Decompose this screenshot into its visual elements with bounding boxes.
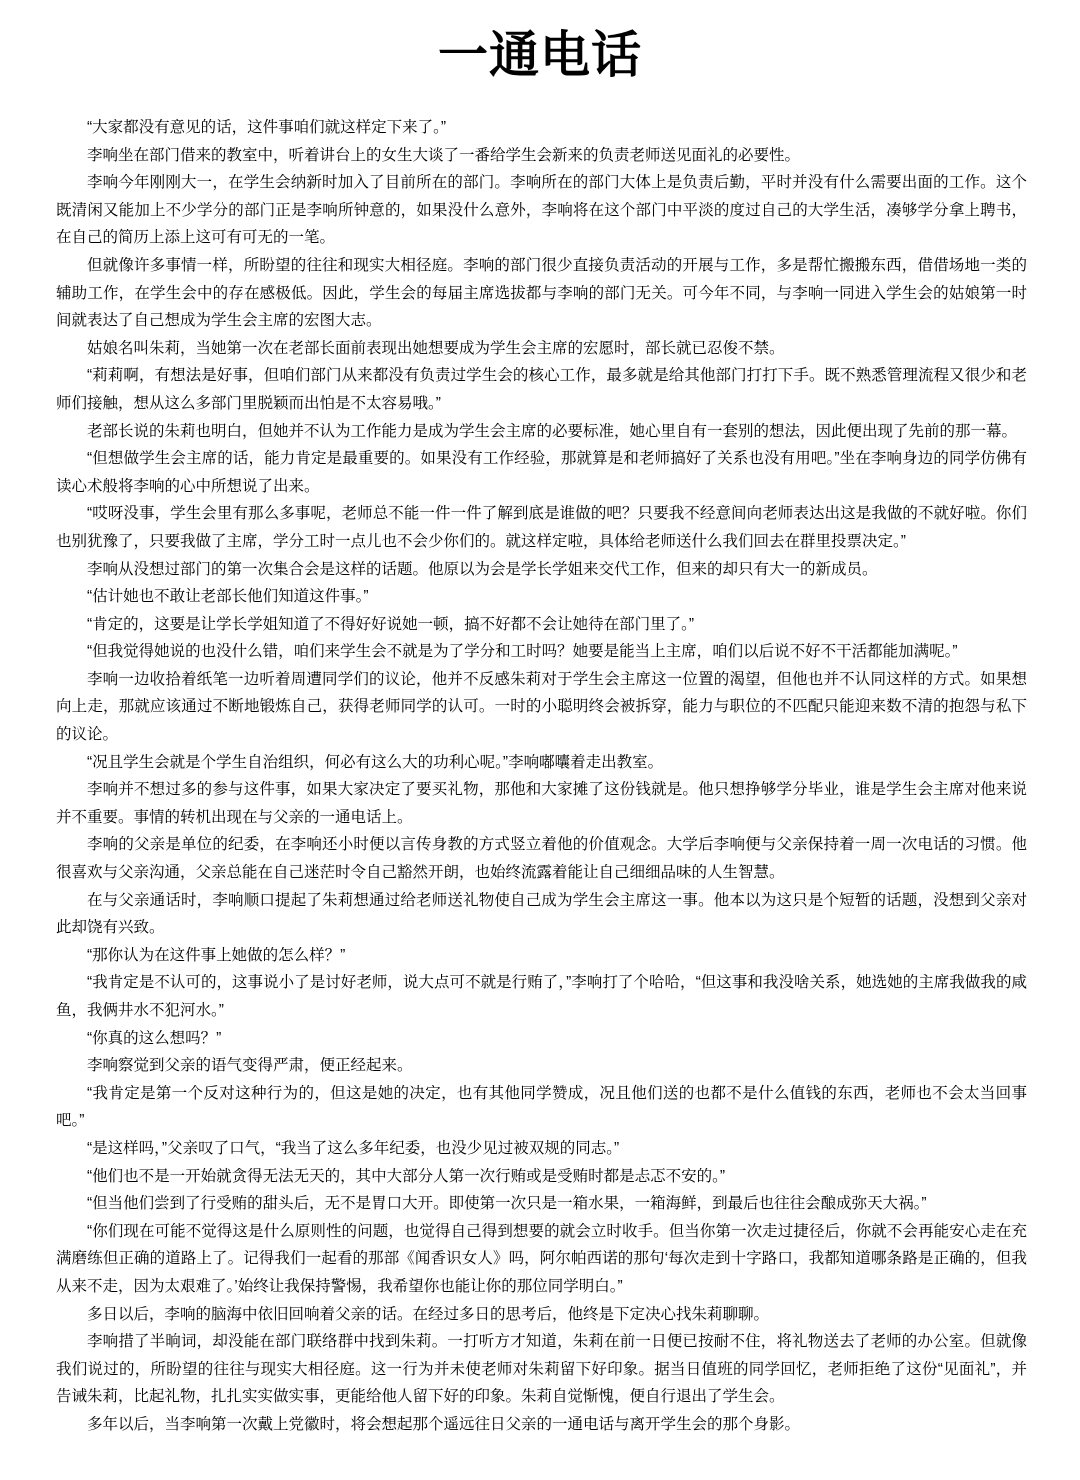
paragraph: “是这样吗，”父亲叹了口气，“我当了这么多年纪委，也没少见过被双规的同志。” [56,1135,1027,1163]
paragraph: “肯定的，这要是让学长学姐知道了不得好好说她一顿，搞不好都不会让她待在部门里了。… [56,611,1027,639]
paragraph: 李响措了半晌词，却没能在部门联络群中找到朱莉。一打听方才知道，朱莉在前一日便已按… [56,1328,1027,1411]
paragraph: “大家都没有意见的话，这件事咱们就这样定下来了。” [56,114,1027,142]
paragraph: “你真的这么想吗？” [56,1025,1027,1053]
paragraph: “估计她也不敢让老部长他们知道这件事。” [56,583,1027,611]
paragraph: 老部长说的朱莉也明白，但她并不认为工作能力是成为学生会主席的必要标准，她心里自有… [56,418,1027,446]
paragraph: 李响一边收拾着纸笔一边听着周遭同学们的议论，他并不反感朱莉对于学生会主席这一位置… [56,666,1027,749]
page-title: 一通电话 [0,0,1080,84]
paragraph: 李响坐在部门借来的教室中，听着讲台上的女生大谈了一番给学生会新来的负责老师送见面… [56,142,1027,170]
paragraph: “但我觉得她说的也没什么错，咱们来学生会不就是为了学分和工时吗？她要是能当上主席… [56,638,1027,666]
paragraph: 李响从没想过部门的第一次集合会是这样的话题。他原以为会是学长学姐来交代工作，但来… [56,556,1027,584]
paragraph: “我肯定是不认可的，这事说小了是讨好老师，说大点可不就是行贿了，”李响打了个哈哈… [56,969,1027,1024]
paragraph: “那你认为在这件事上她做的怎么样？” [56,942,1027,970]
paragraph: “莉莉啊，有想法是好事，但咱们部门从来都没有负责过学生会的核心工作，最多就是给其… [56,362,1027,417]
paragraph: “况且学生会就是个学生自治组织，何必有这么大的功利心呢。”李响嘟囔着走出教室。 [56,749,1027,777]
paragraph: “他们也不是一开始就贪得无法无天的，其中大部分人第一次行贿或是受贿时都是忐忑不安… [56,1163,1027,1191]
paragraph: 姑娘名叫朱莉，当她第一次在老部长面前表现出她想要成为学生会主席的宏愿时，部长就已… [56,335,1027,363]
paragraph: “我肯定是第一个反对这种行为的，但这是她的决定，也有其他同学赞成，况且他们送的也… [56,1080,1027,1135]
paragraph: “但想做学生会主席的话，能力肯定是最重要的。如果没有工作经验，那就算是和老师搞好… [56,445,1027,500]
document-page: 一通电话 “大家都没有意见的话，这件事咱们就这样定下来了。” 李响坐在部门借来的… [0,0,1080,1480]
paragraph: 李响今年刚刚大一，在学生会纳新时加入了目前所在的部门。李响所在的部门大体上是负责… [56,169,1027,252]
paragraph: 李响并不想过多的参与这件事，如果大家决定了要买礼物，那他和大家摊了这份钱就是。他… [56,776,1027,831]
paragraph: “哎呀没事，学生会里有那么多事呢，老师总不能一件一件了解到底是谁做的吧？只要我不… [56,500,1027,555]
paragraph: “但当他们尝到了行受贿的甜头后，无不是胃口大开。即使第一次只是一箱水果，一箱海鲜… [56,1190,1027,1218]
paragraph: 李响察觉到父亲的语气变得严肃，便正经起来。 [56,1052,1027,1080]
story-body: “大家都没有意见的话，这件事咱们就这样定下来了。” 李响坐在部门借来的教室中，听… [56,114,1027,1439]
paragraph: 李响的父亲是单位的纪委，在李响还小时便以言传身教的方式竖立着他的价值观念。大学后… [56,831,1027,886]
paragraph: 多年以后，当李响第一次戴上党徽时，将会想起那个遥远往日父亲的一通电话与离开学生会… [56,1411,1027,1439]
paragraph: 多日以后，李响的脑海中依旧回响着父亲的话。在经过多日的思考后，他终是下定决心找朱… [56,1301,1027,1329]
paragraph: 但就像许多事情一样，所盼望的往往和现实大相径庭。李响的部门很少直接负责活动的开展… [56,252,1027,335]
paragraph: “你们现在可能不觉得这是什么原则性的问题，也觉得自己得到想要的就会立时收手。但当… [56,1218,1027,1301]
paragraph: 在与父亲通话时，李响顺口提起了朱莉想通过给老师送礼物使自己成为学生会主席这一事。… [56,887,1027,942]
